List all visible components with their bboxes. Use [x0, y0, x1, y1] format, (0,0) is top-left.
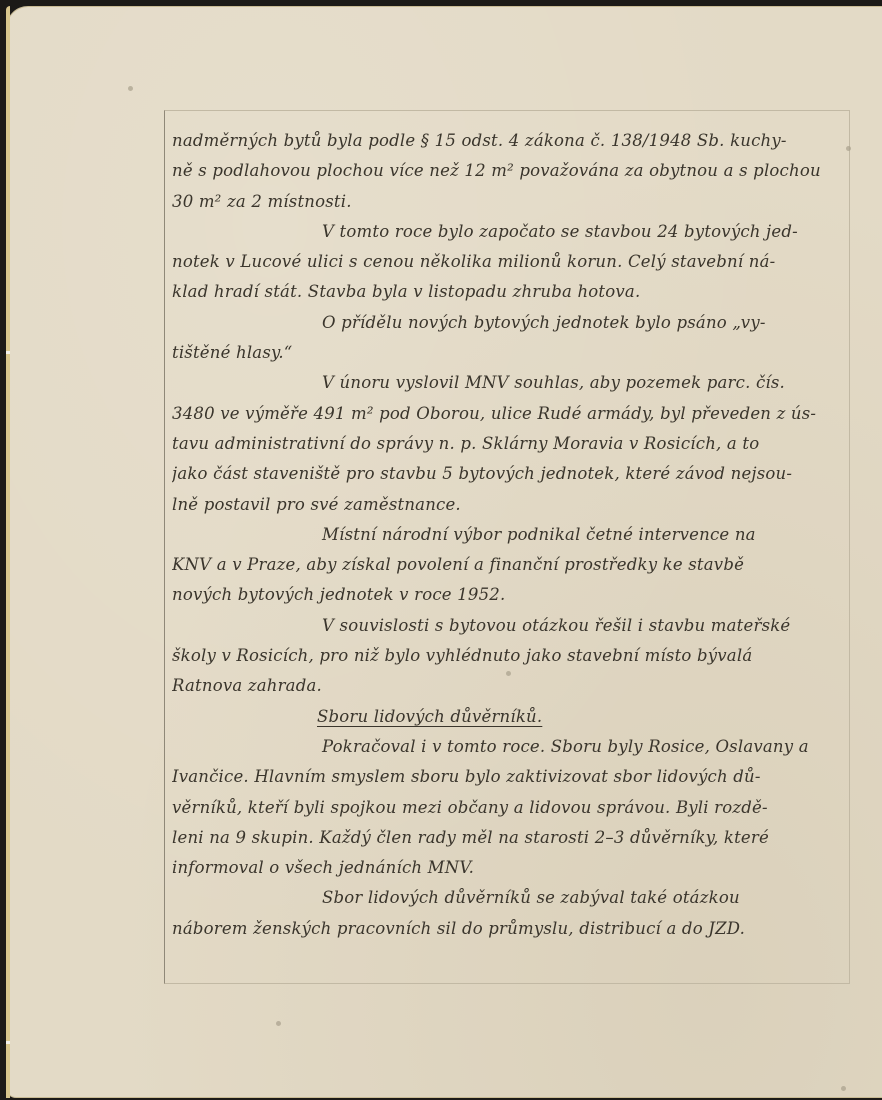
paragraph-start: V únoru vyslovil MNV souhlas, aby pozeme…	[172, 368, 844, 398]
paragraph-start: Pokračoval i v tomto roce. Sboru byly Ro…	[172, 732, 844, 762]
text-line: informoval o všech jednáních MNV.	[172, 853, 844, 883]
section-heading: Sboru lidových důvěrníků.	[172, 702, 844, 732]
text-line: Ratnova zahrada.	[172, 671, 844, 701]
text-line: školy v Rosicích, pro niž bylo vyhlédnut…	[172, 641, 844, 671]
text-line: KNV a v Praze, aby získal povolení a fin…	[172, 550, 844, 580]
text-line: věrníků, kteří byli spojkou mezi občany …	[172, 793, 844, 823]
paper-speck	[841, 1086, 846, 1091]
chronicle-page: nadměrných bytů byla podle § 15 odst. 4 …	[6, 6, 882, 1098]
paper-speck	[128, 86, 133, 91]
text-line: nadměrných bytů byla podle § 15 odst. 4 …	[172, 126, 844, 156]
paragraph-start: Sbor lidových důvěrníků se zabýval také …	[172, 883, 844, 913]
text-line: tištěné hlasy.“	[172, 338, 844, 368]
paragraph-start: O přídělu nových bytových jednotek bylo …	[172, 308, 844, 338]
text-line: ně s podlahovou plochou více než 12 m² p…	[172, 156, 844, 186]
paragraph-start: V souvislosti s bytovou otázkou řešil i …	[172, 611, 844, 641]
page-edge	[6, 6, 10, 1098]
paper-speck	[276, 1021, 281, 1026]
text-line: 3480 ve výměře 491 m² pod Oborou, ulice …	[172, 399, 844, 429]
text-line: nových bytových jednotek v roce 1952.	[172, 580, 844, 610]
edge-mark	[6, 351, 10, 354]
text-line: náborem ženských pracovních sil do průmy…	[172, 914, 844, 944]
text-line: lně postavil pro své zaměstnance.	[172, 490, 844, 520]
text-line: jako část staveniště pro stavbu 5 bytový…	[172, 459, 844, 489]
paragraph-start: Místní národní výbor podnikal četné inte…	[172, 520, 844, 550]
paper-speck	[846, 146, 851, 151]
text-line: Ivančice. Hlavním smyslem sboru bylo zak…	[172, 762, 844, 792]
edge-mark	[6, 1041, 10, 1044]
text-line: klad hradí stát. Stavba byla v listopadu…	[172, 277, 844, 307]
handwritten-text: nadměrných bytů byla podle § 15 odst. 4 …	[172, 126, 844, 944]
text-line: tavu administrativní do správy n. p. Skl…	[172, 429, 844, 459]
paragraph-start: V tomto roce bylo započato se stavbou 24…	[172, 217, 844, 247]
text-line: notek v Lucové ulici s cenou několika mi…	[172, 247, 844, 277]
text-line: 30 m² za 2 místnosti.	[172, 187, 844, 217]
text-line: leni na 9 skupin. Každý člen rady měl na…	[172, 823, 844, 853]
